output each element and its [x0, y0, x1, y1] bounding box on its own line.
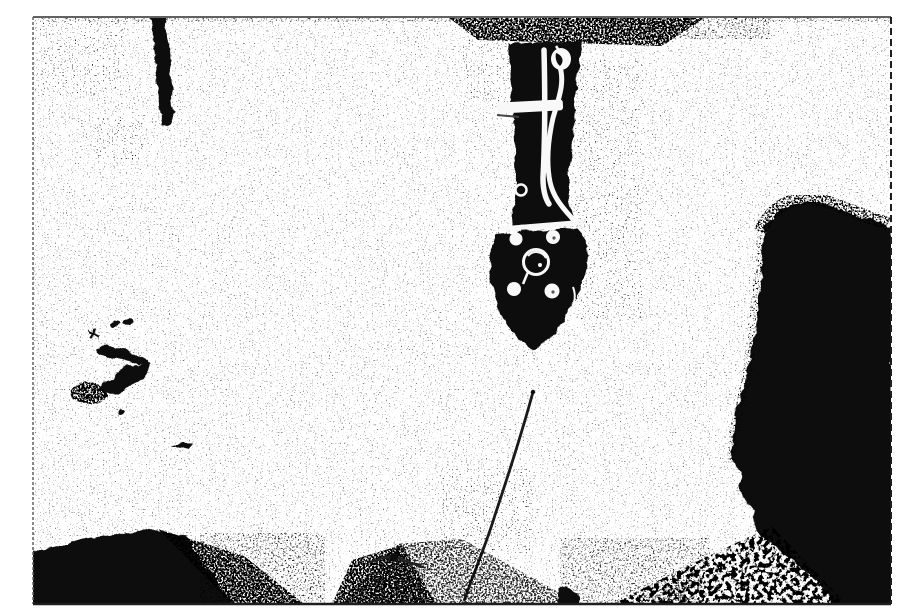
bolt-bottom-left	[507, 282, 521, 296]
corner-speckle-topleft	[36, 20, 126, 95]
table-edge-fade-sparse	[200, 533, 325, 604]
page-canvas	[0, 0, 905, 612]
pointer-rod-upper-speckle	[440, 468, 532, 550]
body-left-speckle	[463, 40, 509, 102]
right-object-bottom-fade-2	[560, 538, 710, 604]
bolt-speck-2	[551, 290, 554, 293]
pointer-rod-tip	[531, 390, 535, 394]
dial-dot	[538, 263, 542, 267]
smudge-fade	[69, 381, 107, 403]
body-right-speckle	[575, 60, 643, 320]
bolt-speck-1	[552, 236, 555, 239]
rod-tip-speckle	[95, 118, 143, 160]
floor-blob	[390, 553, 398, 561]
ceiling-rod-tip	[162, 116, 172, 126]
smudge-dot	[117, 407, 123, 413]
photo-figure	[0, 0, 905, 612]
bolt-top-left	[510, 233, 523, 246]
